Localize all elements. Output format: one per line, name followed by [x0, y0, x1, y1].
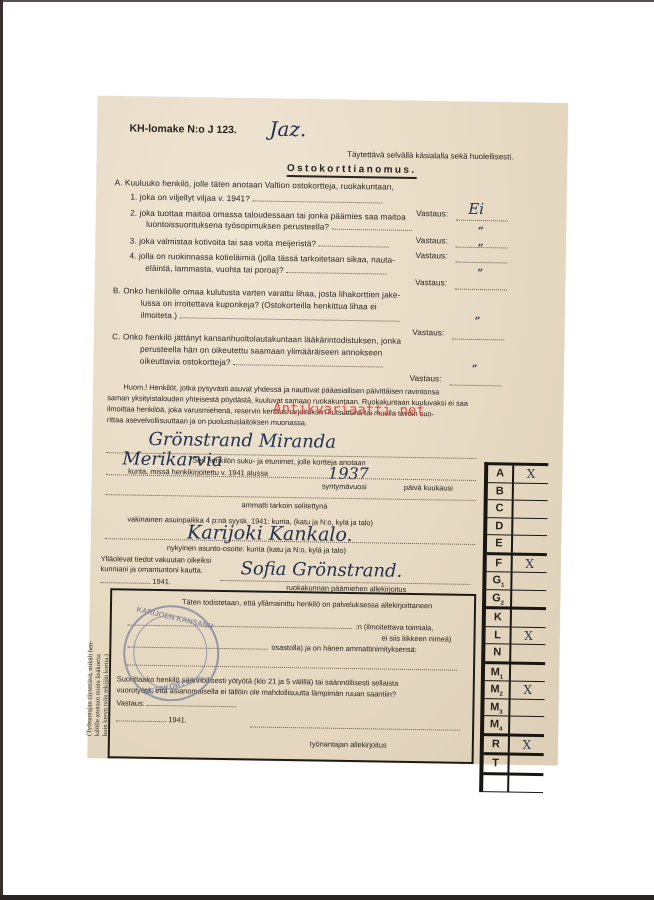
- card-type-grid: AXBCDEFXG1G2KLXNM1M2XM3M4RXT: [479, 462, 548, 793]
- card-grid-label: G2: [486, 590, 512, 607]
- head-signature-handwritten: Sofia Grönstrand.: [240, 558, 402, 582]
- card-grid-row: M1: [485, 664, 545, 682]
- municipality-label: kunta, missä henkikirjoitettu v. 1941 al…: [128, 467, 268, 478]
- card-grid-mark: X: [511, 682, 545, 699]
- card-grid-label: B: [488, 483, 514, 500]
- answer-label-a1: Vastaus:: [416, 209, 448, 219]
- card-grid-mark: [509, 756, 543, 773]
- card-grid-label: D: [487, 518, 513, 535]
- certify-line1: Ylläolevat tiedot vakuutan oikeiksi: [101, 554, 212, 565]
- birth-year-handwritten: 1937: [328, 464, 369, 484]
- side-note-vertical: (Työnantajan täytettävä, mikäli hen- kil…: [86, 640, 111, 736]
- employer-line4: osastolla) ja on hänen ammattinimityksen…: [271, 643, 417, 654]
- card-grid-row: G1: [486, 572, 546, 590]
- note-line4: rittaa asevelvollisuuttaan ja on puolust…: [107, 415, 307, 427]
- card-grid-label: T: [483, 755, 509, 772]
- scan-border-top: [0, 0, 654, 2]
- question-a2-line2: luontoissuorituksena työsopimuksen perus…: [146, 220, 412, 233]
- card-grid-row: FX: [487, 555, 547, 573]
- card-grid-row: C: [487, 500, 547, 518]
- stamp-text-bottom: OSTOKORTTITOI: [143, 674, 205, 697]
- card-grid-row: D: [487, 518, 547, 536]
- answer-a4: ”: [477, 268, 483, 279]
- employer-signature-line: [250, 726, 460, 730]
- section-a-intro: A. Kuuluuko henkilö, jolle täten anotaan…: [115, 178, 394, 191]
- occupation-label: ammatti tarkoin selitettynä: [242, 500, 328, 510]
- card-grid-mark: [512, 590, 546, 607]
- card-grid-label: E: [487, 535, 513, 552]
- card-grid-mark: X: [510, 736, 544, 753]
- card-grid-mark: [513, 536, 547, 553]
- date-line-household: 1941.: [100, 576, 171, 586]
- question-a1: 1. joka on viljellyt viljaa v. 1941?: [130, 193, 382, 206]
- card-grid-mark: X: [511, 627, 545, 644]
- card-grid-row: M2X: [485, 681, 545, 699]
- answer-line-a1: [456, 220, 508, 222]
- card-grid-label: M1: [485, 664, 511, 681]
- scan-border-left: [0, 0, 3, 900]
- card-grid-mark: [510, 717, 544, 734]
- card-grid-row: B: [488, 483, 548, 501]
- card-grid-row: RX: [484, 736, 544, 756]
- card-grid-row: LX: [485, 627, 545, 645]
- card-grid-mark: [514, 483, 548, 500]
- card-grid-row: [483, 775, 543, 793]
- employer-signature-label: työnantajan allekirjoitus: [310, 739, 387, 749]
- card-grid-label: N: [485, 644, 511, 661]
- section-c-line1: C. Onko henkilö jättänyt kansanhuoltolau…: [112, 332, 401, 346]
- card-grid-label: R: [484, 736, 510, 753]
- fill-instruction: Täytettävä selvällä käsialalla sekä huol…: [347, 150, 513, 162]
- card-grid-label: L: [485, 627, 511, 644]
- birth-year-label: syntymävuosi: [322, 482, 367, 492]
- card-grid-row: AX: [488, 465, 548, 483]
- employer-line3: ei siis liikkeen nimeä): [381, 634, 451, 644]
- card-grid-row: M4: [484, 716, 544, 736]
- occupation-line: [106, 494, 476, 501]
- section-c-line2: perusteella hän on oikeutettu saamaan yl…: [140, 345, 382, 358]
- card-grid-mark: X: [514, 466, 548, 483]
- card-grid-label: M2: [485, 681, 511, 698]
- question-a4-line1: 4. jolla on ruokinnassa kotieläimiä (jol…: [129, 252, 395, 265]
- card-grid-mark: [512, 610, 546, 627]
- card-grid-label: A: [488, 465, 514, 482]
- card-grid-label: K: [486, 609, 512, 626]
- address-label: nykyinen asunto-osoite: kunta (katu ja N…: [167, 543, 346, 555]
- card-grid-label: M4: [484, 716, 510, 733]
- scan-border-bottom: [0, 895, 654, 900]
- answer-line-a3: [455, 262, 507, 264]
- section-b-line1: B. Onko henkilölle omaa kulutusta varten…: [113, 286, 401, 300]
- answer-label-a2: Vastaus:: [416, 236, 448, 246]
- watermark: Antikvariaatti.net: [273, 401, 425, 419]
- form-title: Ostokorttianomus.: [287, 163, 417, 179]
- section-b-line2: lussa on irroitettava kuponkeja? (Ostoko…: [141, 299, 377, 312]
- certify-line2: kunniani ja omantuntoni kautta.: [101, 564, 203, 575]
- answer-label-a3: Vastaus:: [415, 251, 447, 261]
- card-grid-row: M3: [484, 699, 544, 717]
- card-grid-mark: [511, 664, 545, 681]
- answer-a2: ”: [478, 226, 484, 237]
- card-grid-label: M3: [484, 699, 510, 716]
- card-grid-mark: [510, 699, 544, 716]
- answer-b: ”: [474, 316, 480, 327]
- answer-line-b: [452, 339, 504, 341]
- form-number: KH-lomake N:o J 123.: [129, 122, 237, 136]
- card-grid-row: T: [483, 755, 543, 775]
- card-grid-label: C: [487, 500, 513, 517]
- answer-line-c: [449, 385, 501, 387]
- answer-a3: ”: [478, 243, 484, 254]
- purchase-card-application-form: KH-lomake N:o J 123. Jaz. Täytettävä sel…: [88, 96, 568, 765]
- answer-label-b: Vastaus:: [412, 328, 444, 338]
- card-grid-mark: [509, 775, 543, 792]
- card-grid-mark: [511, 645, 545, 662]
- answer-c: ”: [472, 364, 478, 375]
- card-grid-row: E: [487, 535, 547, 555]
- question-a3: 3. joka valmistaa kotivoita tai saa voit…: [130, 237, 389, 250]
- section-c-line3: oikeuttavia ostokortteja?: [140, 357, 383, 370]
- card-grid-label: F: [487, 555, 513, 572]
- employer-date: 1941.: [116, 714, 187, 724]
- card-grid-mark: [512, 573, 546, 590]
- employer-line2: :n (ilmoitettava toimiala,: [356, 622, 434, 632]
- question-a4-line2: eläintä, lammasta, vuohta tai poroa)?: [145, 264, 386, 277]
- card-grid-label: [483, 775, 509, 792]
- answer-a1: Ei: [468, 200, 484, 218]
- handwritten-note-top: Jaz.: [269, 117, 306, 142]
- answer-label-a4: Vastaus:: [415, 278, 447, 288]
- card-grid-row: K: [486, 609, 546, 627]
- card-grid-row: G2: [486, 590, 546, 610]
- card-grid-mark: [513, 518, 547, 535]
- card-grid-mark: X: [513, 555, 547, 572]
- card-grid-mark: [513, 501, 547, 518]
- answer-line-a4: [455, 289, 507, 291]
- card-grid-label: G1: [486, 572, 512, 589]
- employer-line1: Täten todistetaan, että yllämainittu hen…: [182, 597, 432, 610]
- day-month-label: päivä kuukausi: [404, 483, 453, 493]
- section-b-line3: ilmoiteta.): [140, 311, 399, 324]
- card-grid-row: N: [485, 644, 545, 664]
- answer-label-c: Vastaus:: [410, 374, 442, 384]
